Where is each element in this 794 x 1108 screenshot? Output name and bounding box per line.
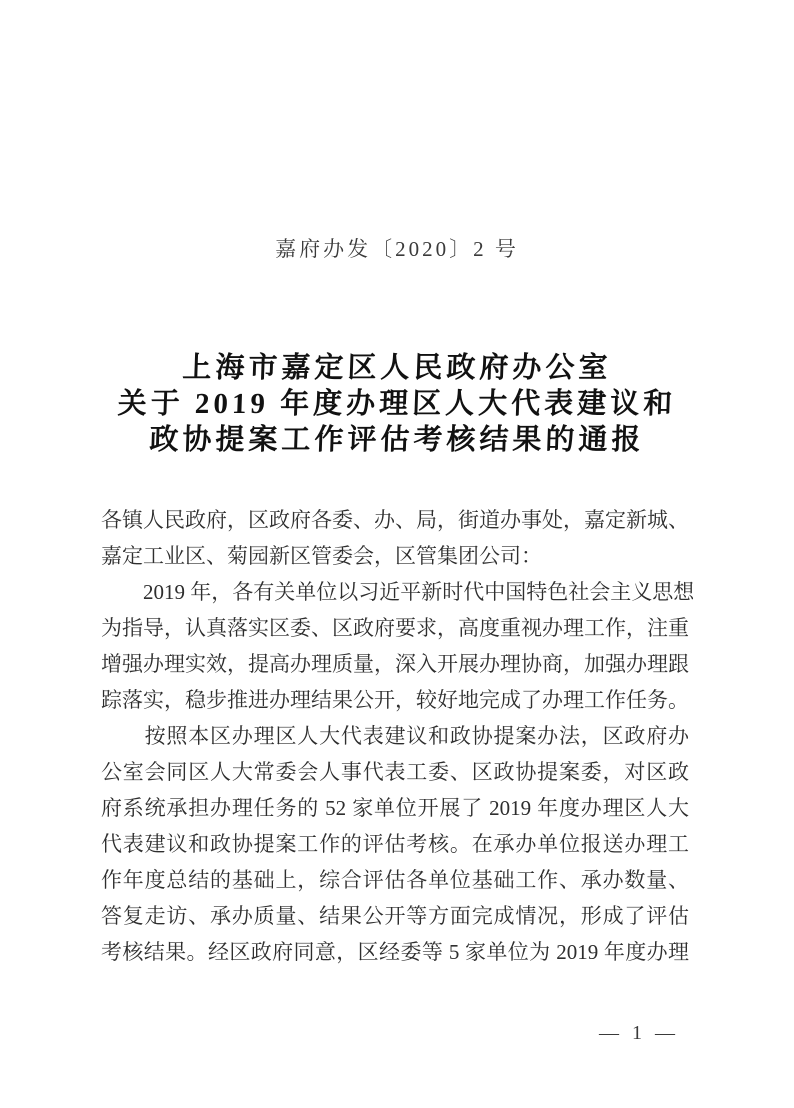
body-line: 代表建议和政协提案工作的评估考核。在承办单位报送办理工	[101, 826, 689, 862]
body-line: 作年度总结的基础上，综合评估各单位基础工作、承办数量、	[101, 862, 689, 898]
title-line-3: 政协提案工作评估考核结果的通报	[0, 422, 794, 458]
document-title: 上海市嘉定区人民政府办公室 关于 2019 年度办理区人大代表建议和 政协提案工…	[0, 350, 794, 458]
title-line-2: 关于 2019 年度办理区人大代表建议和	[0, 386, 794, 422]
title-line-1: 上海市嘉定区人民政府办公室	[0, 350, 794, 386]
page-number: — 1 —	[599, 1022, 679, 1045]
document-page: 嘉府办发〔2020〕2 号 上海市嘉定区人民政府办公室 关于 2019 年度办理…	[0, 0, 794, 1108]
body-line: 踪落实，稳步推进办理结果公开，较好地完成了办理工作任务。	[101, 682, 689, 718]
body-line: 嘉定工业区、菊园新区管委会，区管集团公司：	[101, 538, 689, 574]
body-line: 为指导，认真落实区委、区政府要求，高度重视办理工作，注重	[101, 610, 689, 646]
body-line: 各镇人民政府，区政府各委、办、局，街道办事处，嘉定新城、	[101, 502, 689, 538]
body-line: 考核结果。经区政府同意，区经委等 5 家单位为 2019 年度办理	[101, 934, 689, 970]
body-line: 公室会同区人大常委会人事代表工委、区政协提案委，对区政	[101, 754, 689, 790]
body-line: 答复走访、承办质量、结果公开等方面完成情况，形成了评估	[101, 898, 689, 934]
body-line: 按照本区办理区人大代表建议和政协提案办法，区政府办	[101, 718, 689, 754]
body-line: 增强办理实效，提高办理质量，深入开展办理协商，加强办理跟	[101, 646, 689, 682]
body-line: 2019 年，各有关单位以习近平新时代中国特色社会主义思想	[101, 574, 689, 610]
body-line: 府系统承担办理任务的 52 家单位开展了 2019 年度办理区人大	[101, 790, 689, 826]
document-reference-number: 嘉府办发〔2020〕2 号	[0, 233, 794, 263]
document-body: 各镇人民政府，区政府各委、办、局，街道办事处，嘉定新城、 嘉定工业区、菊园新区管…	[101, 502, 689, 970]
